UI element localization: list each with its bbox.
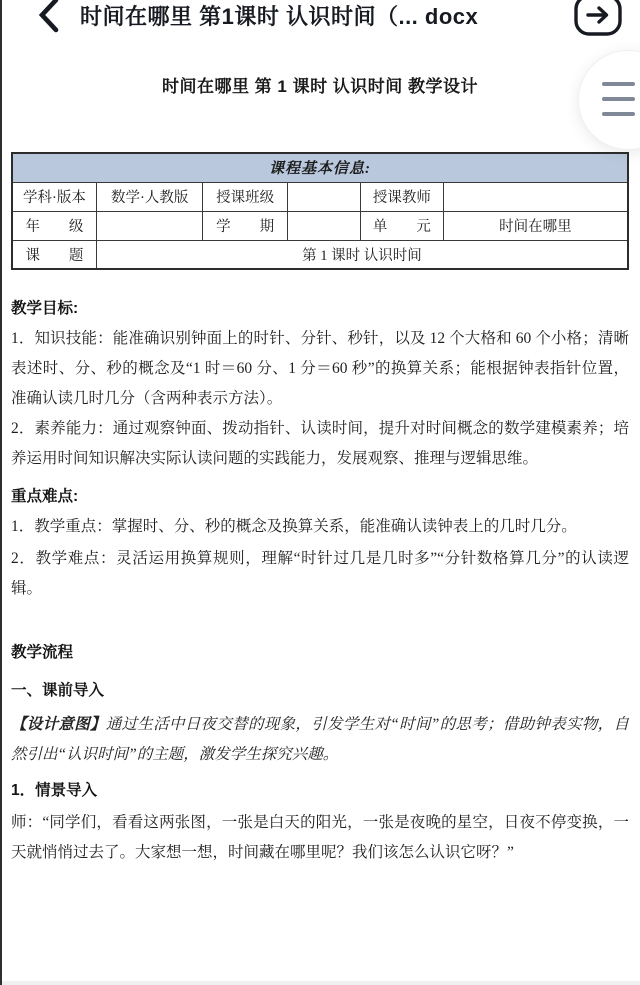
- design-intent-label: 【设计意图】: [11, 716, 106, 733]
- cell-topic-value: 第 1 课时 认识时间: [96, 240, 628, 269]
- keypoints-heading: 重点难点:: [11, 482, 629, 512]
- document-body: 教学目标: 1．知识技能：能准确识别钟面上的时针、分针、秒针，以及 12 个大格…: [11, 294, 629, 868]
- hamburger-icon: [602, 82, 635, 127]
- table-row: 课程基本信息:: [12, 153, 628, 182]
- table-header-cell: 课程基本信息:: [12, 153, 628, 182]
- keypoint-item-2: 2．教学难点：灵活运用换算规则，理解“时针过几是几时多”“分针数格算几分”的认读…: [11, 544, 629, 604]
- cell-teacher-label: 授课教师: [361, 182, 444, 211]
- goal-item-2: 2．素养能力：通过观察钟面、拨动指针、认读时间，提升对时间概念的数学建模素养；培…: [11, 414, 629, 474]
- cell-unit-label: 单 元: [361, 211, 444, 240]
- screen-bottom-edge: [0, 981, 640, 985]
- table-row: 学科·版本 数学·人教版 授课班级 授课教师: [12, 182, 628, 211]
- cell-topic-label: 课 题: [12, 240, 96, 269]
- cell-grade-label: 年 级: [12, 211, 96, 240]
- chevron-left-icon: [36, 0, 60, 33]
- doc-title: 时间在哪里 第 1 课时 认识时间 教学设计: [11, 72, 629, 97]
- screen-left-edge: [0, 0, 2, 985]
- cell-term-value: [287, 211, 360, 240]
- cell-term-label: 学 期: [203, 211, 287, 240]
- cell-class-label: 授课班级: [203, 182, 287, 211]
- flow-heading: 教学流程: [11, 638, 629, 668]
- share-button[interactable]: [570, 0, 626, 37]
- course-info-table: 课程基本信息: 学科·版本 数学·人教版 授课班级 授课教师 年 级 学 期 单…: [11, 152, 629, 270]
- goal-item-1: 1．知识技能：能准确识别钟面上的时针、分针、秒针，以及 12 个大格和 60 个…: [11, 324, 629, 414]
- back-button[interactable]: [30, 0, 66, 35]
- share-forward-icon: [572, 0, 624, 37]
- step1-heading: 1．情景导入: [11, 776, 629, 806]
- cell-subject-label: 学科·版本: [12, 182, 96, 211]
- table-row: 课 题 第 1 课时 认识时间: [12, 240, 628, 269]
- cell-unit-value: 时间在哪里: [443, 211, 628, 240]
- teacher-line: 师：“同学们，看看这两张图，一张是白天的阳光，一张是夜晚的星空，日夜不停变换，一…: [11, 808, 629, 868]
- section1-heading: 一、课前导入: [11, 676, 629, 706]
- design-intent-paragraph: 【设计意图】通过生活中日夜交替的现象，引发学生对“时间”的思考；借助钟表实物，自…: [11, 710, 629, 770]
- keypoint-item-1: 1．教学重点：掌握时、分、秒的概念及换算关系，能准确认读钟表上的几时几分。: [11, 512, 629, 542]
- navbar: 时间在哪里 第1课时 认识时间（... docx: [0, 0, 640, 44]
- cell-subject-value: 数学·人教版: [96, 182, 203, 211]
- cell-teacher-value: [443, 182, 628, 211]
- cell-class-value: [287, 182, 360, 211]
- table-row: 年 级 学 期 单 元 时间在哪里: [12, 211, 628, 240]
- goals-heading: 教学目标:: [11, 294, 629, 324]
- cell-grade-value: [96, 211, 203, 240]
- document-page: 时间在哪里 第 1 课时 认识时间 教学设计 课程基本信息: 学科·版本 数学·…: [0, 72, 640, 868]
- document-filename: 时间在哪里 第1课时 认识时间（... docx: [80, 0, 570, 31]
